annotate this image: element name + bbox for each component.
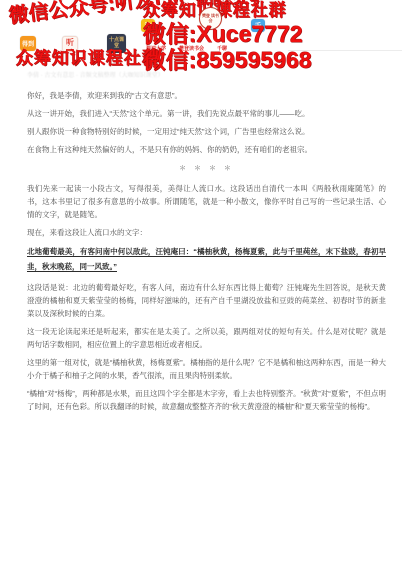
paragraph: 这段话是说：北边的葡萄最好吃，有客人问，南边有什么好东西比得上葡萄？汪钝庵先生回… (27, 281, 386, 320)
document-text-area: 李倩 · 古文有意思 · 音频文稿整理（大咖知识课堂） 你好，我是李倩，欢迎来到… (27, 70, 386, 418)
ting-app-icon-label: 听 (66, 37, 74, 48)
paragraph: 你好，我是李倩，欢迎来到我的“古文有意思”。 (27, 89, 386, 102)
paragraph: 别人跟你说一种食物特别好的时候，一定用过“纯天然”这个词，广告里也经常这么说。 (27, 125, 386, 138)
paragraph: 我们先来一起读一小段古文，写得很美，美得让人流口水。这段话出自清代一本叫《两般秋… (27, 182, 386, 221)
watermark-wechat-id-2: 微信:859595968 (143, 49, 312, 72)
paragraph: 这一段无论读起来还是听起来，都实在是太美了。之所以美，跟两组对仗的短句有关。什么… (27, 325, 386, 351)
paragraph: 这里的第一组对仗，就是“橘柚秋黄，杨梅夏紫”。橘柚指的是什么呢？它不是橘和柚这两… (27, 356, 386, 382)
paragraph: 在食物上有这种纯天然偏好的人，不是只有你的妈妈、你的奶奶，还有咱们的老祖宗。 (27, 143, 386, 156)
paragraph: 现在，来看这段让人流口水的文字： (27, 226, 386, 239)
watermark-wechat-id-1: 微信:Xuce7772 (143, 23, 303, 46)
classical-quote: 北地葡萄最美，有客问南中何以敌此，汪钝庵曰：“橘柚秋黄，杨梅夏紫，此与千里莼丝，… (27, 244, 386, 274)
document-page: 微信公众号:听友FM 得到 听 十点课堂 众筹知识课程社群 微信公众号 众筹知识… (0, 0, 410, 580)
paragraph: “橘柚”对“杨梅”，两种都是水果，而且这四个字全都是木字旁，看上去也特别整齐。“… (27, 387, 386, 413)
asterisk-separator: ＊ ＊ ＊ ＊ (27, 162, 386, 175)
paragraph: 从这一讲开始，我们进入“天然”这个单元。第一讲，我们先说点最平常的事儿——吃。 (27, 107, 386, 120)
watermark-community-left: 众筹知识课程社群 (16, 50, 160, 67)
